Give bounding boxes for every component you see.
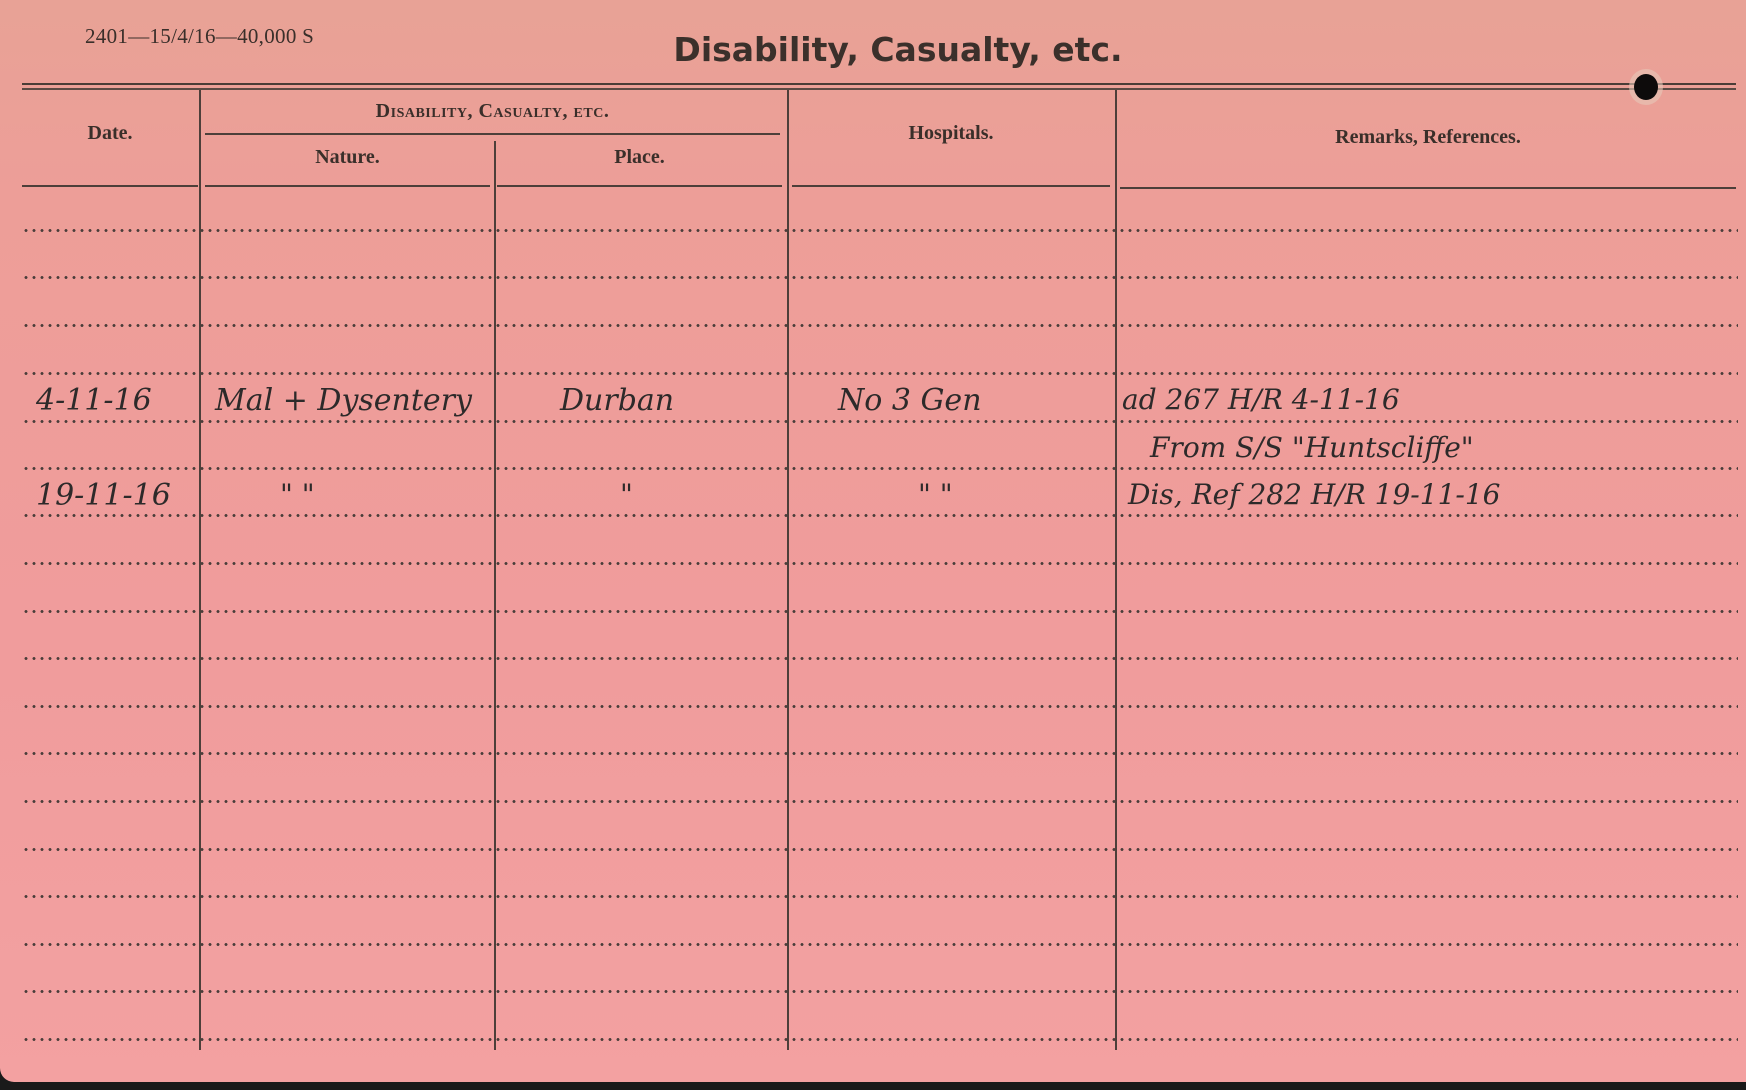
dotted-row-line (22, 752, 1738, 755)
casualty-record-card: 2401—15/4/16—40,000 S Disability, Casual… (0, 0, 1746, 1082)
dotted-row-line (22, 229, 1738, 232)
header-bottom-rule-nature (205, 185, 490, 187)
header-bottom-rule-place (497, 185, 782, 187)
entry-1-place: Durban (560, 383, 674, 418)
header-bottom-rule-date (22, 185, 198, 187)
entry-3-date: 19-11-16 (36, 478, 171, 513)
header-bottom-rule-hospitals (792, 185, 1110, 187)
column-divider-place (787, 90, 789, 1050)
entry-3-remarks: Dis, Ref 282 H/R 19-11-16 (1128, 478, 1500, 511)
dotted-row-line (22, 990, 1738, 993)
header-nature: Nature. (205, 146, 490, 169)
entry-3-place-ditto: " (620, 478, 633, 511)
header-disability-group: Disability, Casualty, etc. (205, 100, 780, 123)
entry-1-remarks: ad 267 H/R 4-11-16 (1122, 383, 1400, 416)
dotted-row-line (22, 800, 1738, 803)
dotted-row-line (22, 420, 1738, 423)
group-header-rule (205, 133, 780, 135)
header-hospitals: Hospitals. (792, 122, 1110, 145)
header-date: Date. (22, 122, 198, 145)
dotted-row-line (22, 372, 1738, 375)
dotted-row-line (22, 657, 1738, 660)
dotted-row-line (22, 562, 1738, 565)
header-rule (22, 83, 1736, 85)
dotted-row-line (22, 943, 1738, 946)
dotted-row-line (22, 705, 1738, 708)
header-rule-secondary (22, 88, 1736, 90)
entry-1-date: 4-11-16 (36, 383, 152, 418)
card-title: Disability, Casualty, etc. (0, 30, 1746, 69)
punch-hole (1634, 74, 1658, 100)
entry-1-hospital: No 3 Gen (838, 383, 982, 418)
dotted-row-line (22, 848, 1738, 851)
dotted-row-line (22, 467, 1738, 470)
dotted-row-line (22, 514, 1738, 517)
entry-3-hospital-ditto: " " (918, 478, 953, 511)
header-remarks: Remarks, References. (1120, 126, 1736, 149)
entry-1-nature: Mal + Dysentery (215, 383, 472, 418)
dotted-row-line (22, 324, 1738, 327)
column-divider-date (199, 90, 201, 1050)
column-divider-hospitals (1115, 90, 1117, 1050)
entry-3-nature-ditto: " " (280, 478, 315, 511)
dotted-row-line (22, 1038, 1738, 1041)
entry-2-remarks: From S/S "Huntscliffe" (1150, 431, 1474, 464)
header-bottom-rule-remarks (1120, 187, 1736, 189)
dotted-row-line (22, 895, 1738, 898)
header-place: Place. (497, 146, 782, 169)
dotted-row-line (22, 610, 1738, 613)
dotted-row-line (22, 276, 1738, 279)
